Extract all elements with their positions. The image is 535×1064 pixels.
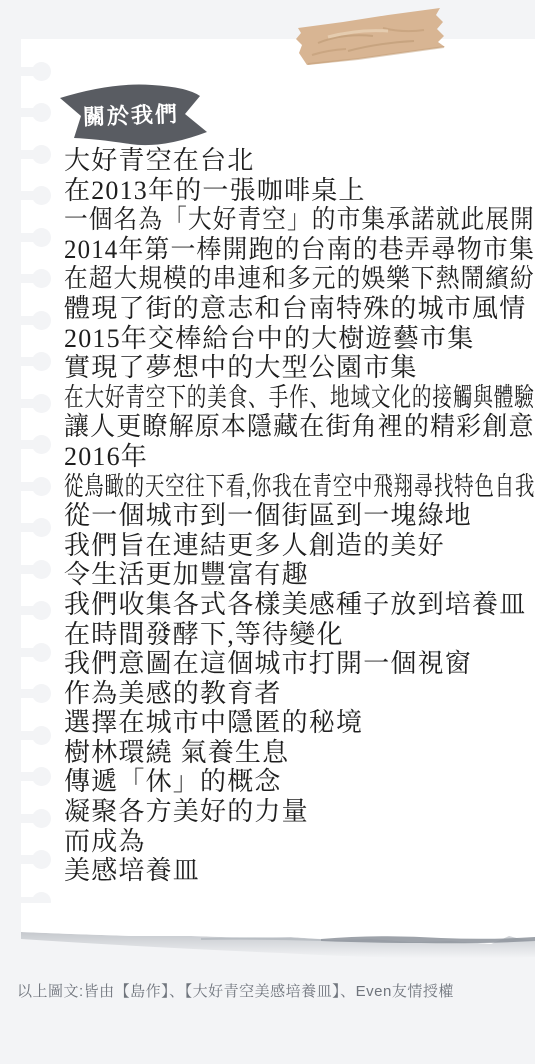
about-text-line: 體現了街的意志和台南特殊的城市風情: [64, 294, 535, 324]
about-text-line: 一個名為「大好青空」的市集承諾就此展開: [64, 205, 535, 235]
notebook-hole: [32, 269, 51, 288]
about-text-line: 凝聚各方美好的力量: [64, 797, 535, 827]
about-text-line: 在大好青空下的美食、手作、地域文化的接觸與體驗: [64, 383, 535, 413]
notebook-hole: [32, 809, 51, 828]
about-text-line: 在時間發酵下,等待變化: [64, 620, 535, 650]
notebook-hole: [32, 684, 51, 703]
notebook-hole: [32, 601, 51, 620]
notebook-hole: [32, 103, 51, 122]
about-text-line: 大好青空在台北: [64, 146, 535, 176]
about-text-block: 大好青空在台北在2013年的一張咖啡桌上一個名為「大好青空」的市集承諾就此展開2…: [64, 146, 535, 886]
about-text-line: 我們意圖在這個城市打開一個視窗: [64, 649, 535, 679]
about-text-line: 實現了夢想中的大型公園市集: [64, 353, 535, 383]
about-text-line: 作為美感的教育者: [64, 679, 535, 709]
notebook-hole: [32, 518, 51, 537]
about-text-line: 從鳥瞰的天空往下看,你我在青空中飛翔尋找特色自我: [64, 472, 535, 502]
notebook-hole: [32, 311, 51, 330]
notebook-hole: [32, 726, 51, 745]
notebook-hole: [32, 477, 51, 496]
notebook-hole: [32, 394, 51, 413]
about-text-line: 我們旨在連結更多人創造的美好: [64, 531, 535, 561]
about-text-line: 樹林環繞 氣養生息: [64, 738, 535, 768]
section-ribbon: 關於我們: [52, 80, 210, 150]
about-text-line: 在2013年的一張咖啡桌上: [64, 176, 535, 206]
about-text-line: 在超大規模的串連和多元的娛樂下熱鬧繽紛: [64, 264, 535, 294]
about-text-line: 2016年: [64, 442, 535, 472]
about-text-line: 2015年交棒給台中的大樹遊藝市集: [64, 324, 535, 354]
about-page: 關於我們 大好青空在台北在2013年的一張咖啡桌上一個名為「大好青空」的市集承諾…: [0, 0, 535, 1064]
about-text-line: 而成為: [64, 827, 535, 857]
notebook-hole: [32, 62, 51, 81]
notebook-hole: [32, 767, 51, 786]
credit-note: 以上圖文:皆由【島作】、【大好青空美感培養皿】、Even友情授權: [17, 980, 517, 1001]
about-text-line: 傳遞「休」的概念: [64, 767, 535, 797]
about-text-line: 2014年第一棒開跑的台南的巷弄尋物市集: [64, 235, 535, 265]
about-text-line: 讓人更瞭解原本隱藏在街角裡的精彩創意: [64, 412, 535, 442]
about-text-line: 令生活更加豐富有趣: [64, 560, 535, 590]
notebook-hole: [32, 560, 51, 579]
notebook-hole: [32, 850, 51, 869]
notebook-hole: [32, 435, 51, 454]
about-text-line: 美感培養皿: [64, 856, 535, 886]
section-title: 關於我們: [81, 97, 180, 131]
notebook-hole: [32, 145, 51, 164]
about-text-line: 我們收集各式各樣美感種子放到培養皿: [64, 590, 535, 620]
torn-paper-edge: [21, 903, 535, 965]
notebook-hole: [32, 186, 51, 205]
about-text-line: 從一個城市到一個街區到一塊綠地: [64, 501, 535, 531]
about-text-line: 選擇在城市中隱匿的秘境: [64, 708, 535, 738]
notebook-hole: [32, 352, 51, 371]
notebook-hole: [32, 643, 51, 662]
notebook-hole: [32, 228, 51, 247]
washi-tape-icon: [288, 2, 452, 74]
